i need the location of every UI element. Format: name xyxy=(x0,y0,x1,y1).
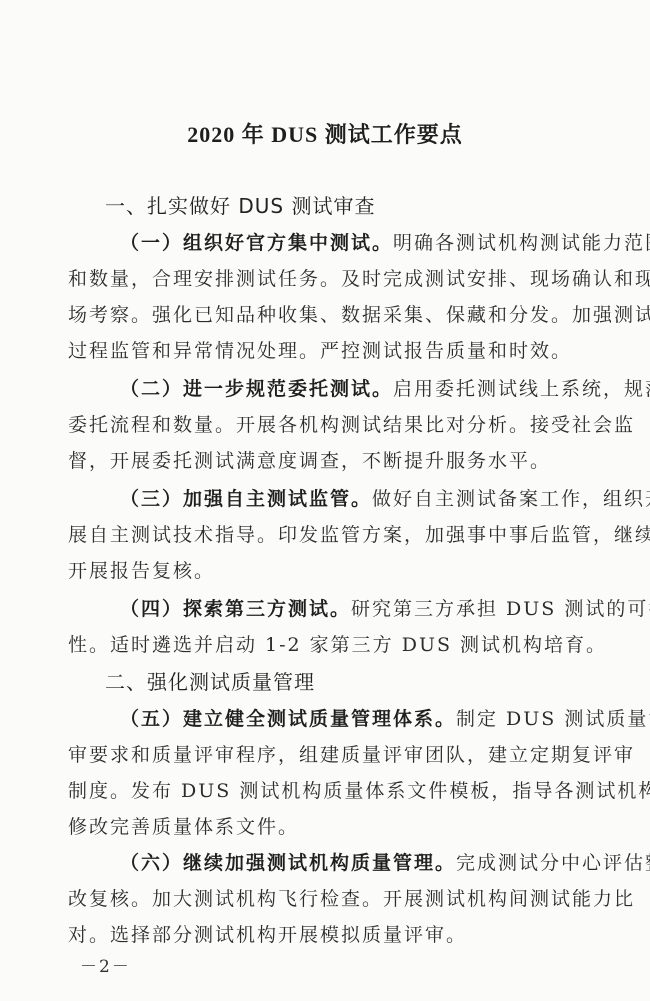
paragraph-item-6-line-2: 改复核。加大测试机构飞行检查。开展测试机构间测试能力比 xyxy=(68,884,590,911)
paragraph-item-1-line-2: 和数量，合理安排测试任务。及时完成测试安排、现场确认和现 xyxy=(68,264,590,291)
item-lead: （二）进一步规范委托测试。 xyxy=(120,378,393,400)
item-lead: （六）继续加强测试机构质量管理。 xyxy=(120,852,456,874)
item-lead: （四）探索第三方测试。 xyxy=(120,598,351,620)
paragraph-item-2-line-3: 督，开展委托测试满意度调查，不断提升服务水平。 xyxy=(68,446,590,473)
section-heading-1: 一、扎实做好 DUS 测试审查 xyxy=(105,190,375,219)
page-number: －2－ xyxy=(80,952,131,977)
paragraph-item-3-line-1: （三）加强自主测试监管。做好自主测试备案工作，组织开 xyxy=(120,484,590,511)
paragraph-item-3-line-3: 开展报告复核。 xyxy=(68,556,590,583)
paragraph-item-5-line-1: （五）建立健全测试质量管理体系。制定 DUS 测试质量评 xyxy=(120,704,590,731)
paragraph-item-6-line-3: 对。选择部分测试机构开展模拟质量评审。 xyxy=(68,920,590,947)
item-lead: （五）建立健全测试质量管理体系。 xyxy=(120,708,456,730)
paragraph-item-4-line-1: （四）探索第三方测试。研究第三方承担 DUS 测试的可行 xyxy=(120,594,590,621)
paragraph-item-4-line-2: 性。适时遴选并启动 1-2 家第三方 DUS 测试机构培育。 xyxy=(68,630,590,657)
section-heading-2: 二、强化测试质量管理 xyxy=(105,666,315,695)
paragraph-item-5-line-4: 修改完善质量体系文件。 xyxy=(68,812,590,839)
paragraph-item-2-line-1: （二）进一步规范委托测试。启用委托测试线上系统，规范 xyxy=(120,374,590,401)
item-text: 明确各测试机构测试能力范围 xyxy=(393,232,650,254)
item-text: 完成测试分中心评估整 xyxy=(456,852,650,874)
item-text: 制定 DUS 测试质量评 xyxy=(456,708,650,730)
paragraph-item-1-line-1: （一）组织好官方集中测试。明确各测试机构测试能力范围 xyxy=(120,228,590,255)
paragraph-item-6-line-1: （六）继续加强测试机构质量管理。完成测试分中心评估整 xyxy=(120,848,590,875)
paragraph-item-3-line-2: 展自主测试技术指导。印发监管方案，加强事中事后监管，继续 xyxy=(68,520,590,547)
item-lead: （三）加强自主测试监管。 xyxy=(120,488,372,510)
item-text: 研究第三方承担 DUS 测试的可行 xyxy=(351,598,650,620)
item-text: 启用委托测试线上系统，规范 xyxy=(393,378,650,400)
document-page: 2020 年 DUS 测试工作要点 一、扎实做好 DUS 测试审查 （一）组织好… xyxy=(0,0,650,1001)
document-title: 2020 年 DUS 测试工作要点 xyxy=(0,118,650,149)
paragraph-item-2-line-2: 委托流程和数量。开展各机构测试结果比对分析。接受社会监 xyxy=(68,410,590,437)
paragraph-item-5-line-3: 制度。发布 DUS 测试机构质量体系文件模板，指导各测试机构 xyxy=(68,776,590,803)
item-text: 做好自主测试备案工作，组织开 xyxy=(372,488,650,510)
item-lead: （一）组织好官方集中测试。 xyxy=(120,232,393,254)
paragraph-item-1-line-3: 场考察。强化已知品种收集、数据采集、保藏和分发。加强测试 xyxy=(68,300,590,327)
paragraph-item-5-line-2: 审要求和质量评审程序，组建质量评审团队，建立定期复评审 xyxy=(68,740,590,767)
paragraph-item-1-line-4: 过程监管和异常情况处理。严控测试报告质量和时效。 xyxy=(68,336,590,363)
